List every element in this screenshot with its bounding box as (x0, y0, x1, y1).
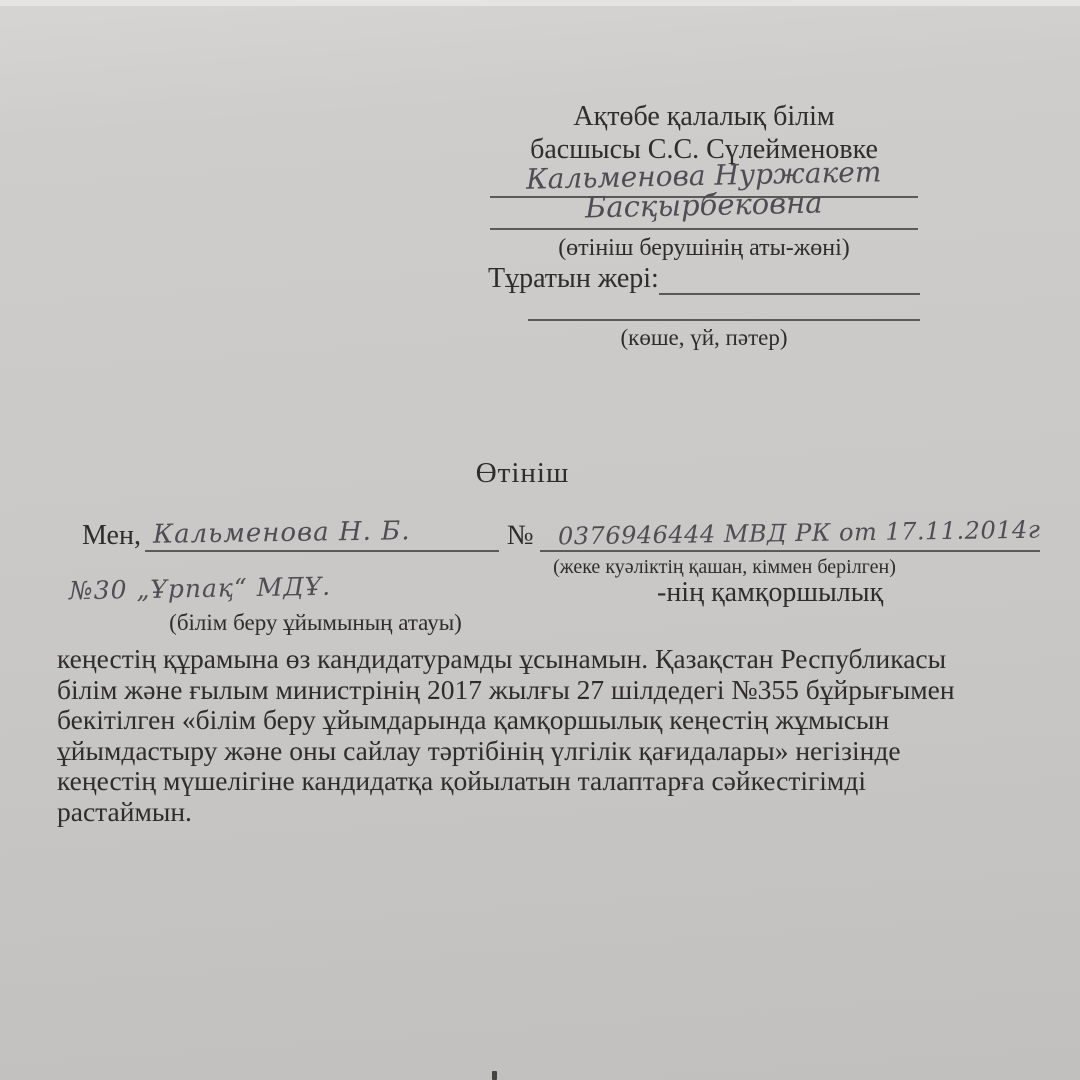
scanned-application-document: Ақтөбе қалалық білім басшысы С.С. Сүлейм… (0, 0, 1080, 1080)
residence-blank-line (659, 265, 920, 295)
document-title: Өтініш (380, 457, 665, 490)
statement-line-3: бекітілген «білім беру ұйымдарында қамқо… (57, 705, 1002, 736)
statement-line-4: ұйымдастыру және оны сайлау тәртібінің ү… (57, 736, 1002, 767)
statement-line-1: кеңестің құрамына өз кандидатурамды ұсын… (57, 644, 1002, 675)
statement-paragraph: кеңестің құрамына өз кандидатурамды ұсын… (57, 644, 1002, 827)
number-label: № (507, 520, 534, 552)
organisation-line: №30 „Ұрпақ“ МДҰ. -нің қамқоршылық (57, 577, 1038, 609)
name-handwriting: Кальменова Н. Б. (153, 516, 411, 550)
residence-line: Тұратын жері: (488, 265, 920, 295)
addressee-block: Ақтөбе қалалық білім басшысы С.С. Сүлейм… (488, 100, 920, 351)
statement-line-2: білім және ғылым министрінің 2017 жылғы … (57, 675, 1002, 706)
organisation-fill-line: №30 „Ұрпақ“ МДҰ. (57, 577, 657, 609)
id-caption: (жеке куәліктің қашан, кіммен берілген) (552, 556, 897, 578)
statement-line-5: кеңестің мүшелігіне кандидатқа қойылатын… (57, 766, 1002, 797)
id-number-handwriting: 0376946444 МВД РК от 17.11.2014г (557, 516, 1040, 551)
addressee-line-1: Ақтөбе қалалық білім (488, 100, 920, 133)
address-caption: (көше, үй, пәтер) (488, 325, 920, 351)
statement-line-6: растаймын. (57, 797, 1002, 828)
organisation-caption: (білім беру ұйымының атауы) (158, 610, 473, 635)
organisation-suffix: -нің қамқоршылық (657, 577, 883, 609)
applicant-patronymic-handwriting: Басқырбековна (585, 186, 823, 225)
id-fill-line: 0376946444 МВД РК от 17.11.2014г (540, 519, 1040, 552)
applicant-name-caption: (өтініш берушінің аты-жөні) (488, 235, 920, 261)
applicant-statement-line: Мен, Кальменова Н. Б. № 0376946444 МВД Р… (82, 519, 1040, 552)
applicant-patronymic-line: Басқырбековна (490, 198, 918, 230)
address-blank-line (528, 295, 920, 321)
name-fill-line: Кальменова Н. Б. (145, 519, 499, 552)
residence-label: Тұратын жері: (488, 263, 659, 295)
cutoff-text-mark (492, 1071, 497, 1080)
men-label: Мен, (82, 520, 141, 552)
organisation-handwriting: №30 „Ұрпақ“ МДҰ. (69, 572, 332, 606)
